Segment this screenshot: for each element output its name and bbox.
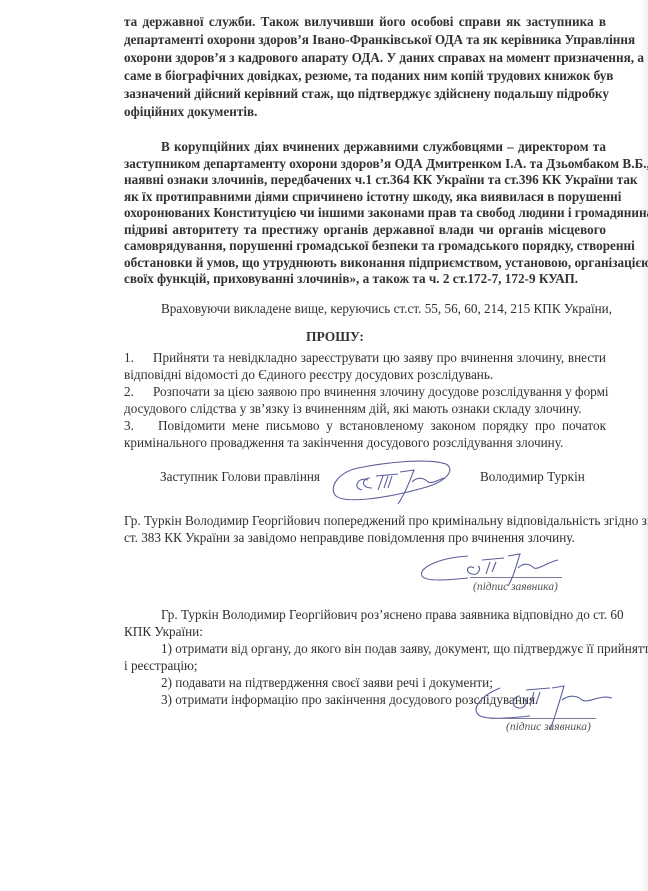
text-line: Гр. Туркін Володимир Георгійович роз’ясн… [161,607,606,623]
text-line: 1) отримати від органу, до якого він под… [161,641,606,657]
text-line: охоронюваних Конституцією чи іншими зако… [124,205,606,221]
request-text: Повідомити мене письмово у встановленому… [158,418,606,434]
request-text: Розпочати за цією заявою про вчинення зл… [153,384,606,400]
request-number: 1. [124,350,134,366]
text-line: і реєстрацію; [124,658,198,674]
request-heading: ПРОШУ: [0,329,648,345]
signature-icon [328,458,458,508]
request-text: Прийняти та невідкладно зареєструвати цю… [153,350,606,366]
request-text: відповідні відомості до Єдиного реєстру … [124,367,493,383]
legal-basis: Враховуючи викладене вище, керуючись ст.… [161,301,612,317]
request-text: кримінального провадження та закінчення … [124,435,563,451]
text-line: саме в біографічних довідках, резюме, та… [124,68,606,84]
signatory-position: Заступник Голови правління [160,469,320,485]
text-line: наявні ознаки злочинів, передбачених ч.1… [124,172,606,188]
text-line: зазначений дійсний керівний стаж, що під… [124,86,606,102]
text-line: офіційних документів. [124,104,257,120]
text-line: підриві авторитету та престижу органів д… [124,222,606,238]
text-line: 2) подавати на підтвердження своєї заяви… [161,675,493,691]
text-line: В корупційних діях вчинених державними с… [161,139,606,155]
text-line: самоврядування, порушенні громадської бе… [124,238,606,254]
page-edge-shadow [641,0,648,891]
text-line: Гр. Туркін Володимир Георгійович поперед… [124,513,648,529]
signature-caption: (підпис заявника) [473,581,558,593]
text-line: як їх протиправними діями спричинено іст… [124,189,606,205]
signature-caption: (підпис заявника) [506,721,591,733]
text-line: охорони здоров’я з кадрового апарату ОДА… [124,50,606,66]
text-line: обстановки й умов, що утруднюють виконан… [124,255,606,271]
text-line: заступником департаменту охорони здоров’… [124,156,606,172]
signature-line [470,577,562,578]
text-line: КПК України: [124,624,203,640]
text-line: департаменті охорони здоров’я Івано-Фран… [124,32,606,48]
signatory-name: Володимир Туркін [480,469,585,485]
request-text: досудового слідства у зв’язку із вчиненн… [124,401,582,417]
signature-line [490,718,596,719]
request-number: 3. [124,418,134,434]
request-number: 2. [124,384,134,400]
text-line: ст. 383 КК України за завідомо неправдив… [124,530,575,546]
text-line: своїх функцій, приховуванні злочинів», а… [124,271,578,287]
text-line: та державної служби. Також вилучивши йог… [124,14,606,30]
